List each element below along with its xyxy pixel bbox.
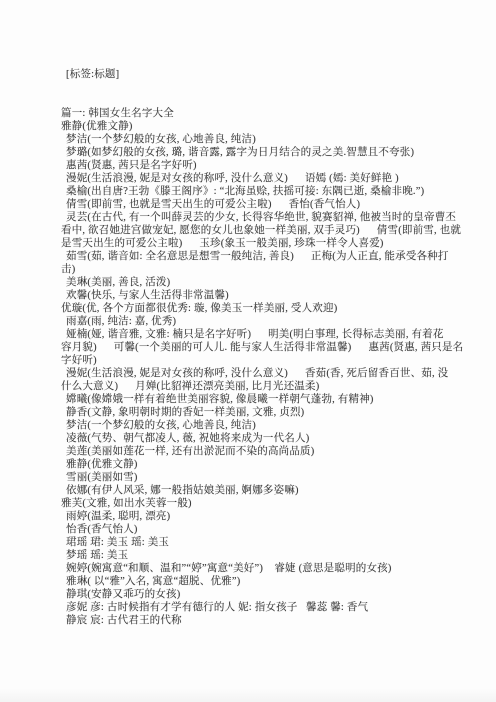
document-line: 雅琳( 以“雅”入名, 寓意“超脱、优雅”) — [61, 575, 453, 588]
document-line: 美莲(美丽如莲花一样, 还有出淤泥而不染的高尚品质) — [61, 445, 453, 458]
document-line: 什么大意义) 月婵(比貂禅还漂亮美丽, 比月光还温柔) — [61, 380, 453, 393]
document-line: 静香(文静, 象明朝时期的香妃一样美丽, 文雅, 贞烈) — [61, 406, 453, 419]
document-line: 雪丽(美丽如雪) — [61, 471, 453, 484]
document-line: 嫦曦(像嫦娥一样有着绝世美丽容貌, 像晨曦一样朝气蓬勃, 有精神) — [61, 393, 453, 406]
document-line: 欢馨(快乐, 与家人生活得非常温馨) — [61, 289, 453, 302]
document-line: 倩雪(即前雪, 也就是雪天出生的可爱公主啦) 香怡(香气怡人) — [61, 198, 453, 211]
document-line: 漫妮(生活浪漫, 妮是对女孩的称呼, 没什么意义) 语嫣 (嫣: 美好鲜艳 ) — [61, 172, 453, 185]
document-line: 雅静(优雅文静) — [61, 120, 453, 133]
document-line: 美琳(美丽, 善良, 活泼) — [61, 276, 453, 289]
document-line: 篇一: 韩国女生名字大全 — [61, 107, 453, 120]
document-line: 桑榆(出自唐?王勃《滕王阁序》: “北海虽赊, 扶摇可接: 东隅已逝, 桑榆非晚… — [61, 185, 453, 198]
document-line: 珺瑶 珺: 美玉 瑶: 美玉 — [61, 536, 453, 549]
document-line: 字好听) — [61, 354, 453, 367]
document-line — [61, 81, 453, 94]
document-line: 凌薇(气势、朝气都凌人, 薇, 祝她将来成为一代名人) — [61, 432, 453, 445]
document-line — [61, 94, 453, 107]
document-line: 雨婷(温柔, 聪明, 漂亮) — [61, 510, 453, 523]
document-line: 梦洁(一个梦幻般的女孩, 心地善良, 纯洁) — [61, 419, 453, 432]
document-line: 容月貌) 可馨(一个美丽的可人儿. 能与家人生活得非常温馨) 惠茜(贤惠, 茜只… — [61, 341, 453, 354]
document-line: 击) — [61, 263, 453, 276]
document-line: 漫妮(生活浪漫, 妮是对女孩的称呼, 没什么意义) 香茹(香, 死后留香百世、茹… — [61, 367, 453, 380]
document-line: 梦瑶 瑶: 美玉 — [61, 549, 453, 562]
document-line: 看中, 欲召她进宫做宠妃, 愿您的女儿也象她一样美丽, 双手灵巧) 倩雪(即前雪… — [61, 224, 453, 237]
document-line: 茹雪(茹, 谐音如: 全名意思是想雪一般纯洁, 善良) 正梅(为人正直, 能承受… — [61, 250, 453, 263]
document-line: 婉婷(婉寓意“和顺、温和”“婷”寓意“美好”) 睿婕 (意思是聪明的女孩) — [61, 562, 453, 575]
document-line: 雅芙(文雅, 如出水芙蓉一般) — [61, 497, 453, 510]
document-line: 静琪(安静又乖巧的女孩) — [61, 588, 453, 601]
document-line: 雅静(优雅文静) — [61, 458, 453, 471]
document-text-block: [标签:标题] 篇一: 韩国女生名字大全雅静(优雅文静)梦洁(一个梦幻般的女孩,… — [61, 68, 453, 627]
document-line: 惠茜(贤惠, 茜只是名字好听) — [61, 159, 453, 172]
document-line: 怡香(香气怡人) — [61, 523, 453, 536]
document-line: [标签:标题] — [61, 68, 453, 81]
document-line: 雨嘉(雨, 纯洁: 嘉, 优秀) — [61, 315, 453, 328]
document-line: 彦妮 彦: 古时候指有才学有德行的人 妮: 指女孩子 馨蕊 馨: 香气 — [61, 601, 453, 614]
document-line: 优璇(优, 各个方面都很优秀: 璇, 像美玉一样美丽, 受人欢迎) — [61, 302, 453, 315]
document-line: 梦璐(如梦幻般的女孩, 璐, 谐音露, 露字为日月结合的灵之美.智慧且不夸张) — [61, 146, 453, 159]
document-line: 灵芸(在古代, 有一个叫薛灵芸的少女, 长得容华绝世, 貌赛貂禅, 他被当时的皇… — [61, 211, 453, 224]
document-line: 娅楠(娅, 谐音雅, 文雅: 楠只是名字好听) 明美(明白事理, 长得标志美丽,… — [61, 328, 453, 341]
document-line: 静宸 宸: 古代君王的代称 — [61, 614, 453, 627]
document-line: 是雪天出生的可爱公主啦) 玉珍(象玉一般美丽, 珍珠一样令人喜爱) — [61, 237, 453, 250]
document-line: 梦洁(一个梦幻般的女孩, 心地善良, 纯洁) — [61, 133, 453, 146]
document-page: [标签:标题] 篇一: 韩国女生名字大全雅静(优雅文静)梦洁(一个梦幻般的女孩,… — [0, 0, 496, 702]
document-line: 依娜(有伊人风采, 娜一般指姑娘美丽, 婀娜多姿嘛) — [61, 484, 453, 497]
